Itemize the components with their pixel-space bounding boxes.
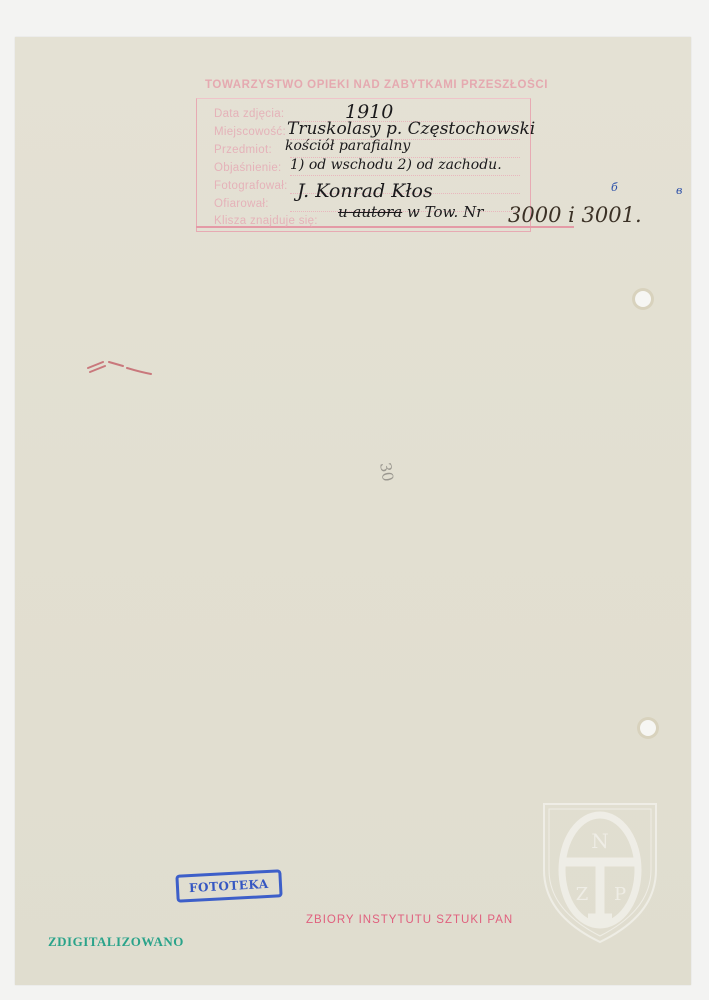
handwritten-subject: kościół parafialny [285,138,410,154]
struck-text: u autora [338,203,402,221]
label-location: Miejscowość: [214,126,286,138]
handwritten-location: Truskolasy p. Częstochowski [287,119,535,139]
svg-text:N: N [591,829,609,853]
collection-stamp: ZBIORY INSTYTUTU SZTUKI PAN [306,914,513,926]
fototeka-stamp: FOTOTEKA [175,869,282,902]
handwritten-description: 1) od wschodu 2) od zachodu. [290,157,502,173]
watermark-shield-icon: N Z P [540,800,660,945]
handwritten-negative-location: u autora w Tow. Nr [338,203,483,221]
handwritten-photographer: J. Konrad Kłos [297,180,433,202]
blue-pen-mark: в [676,184,682,197]
label-donor: Ofiarował: [214,198,269,210]
label-photographer: Fotografował: [214,180,288,192]
label-subject: Przedmiot: [214,144,272,156]
dotted-line [290,175,520,176]
negative-numbers: 3000 i 3001. [508,203,642,227]
digitized-stamp: ZDIGITALIZOWANO [48,934,184,950]
society-stamp-header: TOWARZYSTWO OPIEKI NAD ZABYTKAMI PRZESZŁ… [205,79,550,91]
label-photo-date: Data zdjęcia: [214,108,284,120]
punch-hole [635,291,651,307]
label-negative-location: Klisza znajduje się: [214,215,318,227]
blue-pen-mark: б [611,181,618,194]
svg-text:Z: Z [576,884,589,905]
punch-hole [640,720,656,736]
pencil-note: 30 [376,461,397,483]
red-scribble-mark [85,354,155,376]
label-description: Objaśnienie: [214,162,282,174]
svg-text:P: P [614,884,626,905]
negative-location-text: w Tow. Nr [407,203,483,221]
